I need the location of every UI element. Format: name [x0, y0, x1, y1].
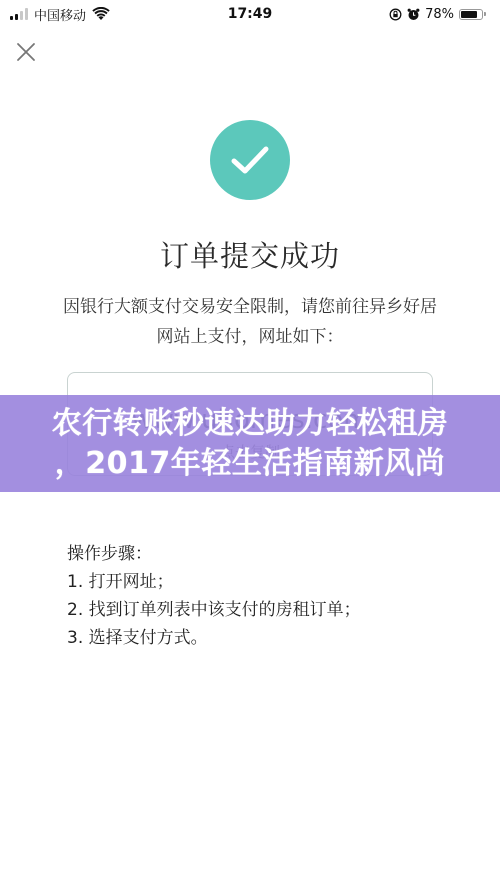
steps-section: 操作步骤： 1. 打开网址； 2. 找到订单列表中该支付的房租订单； 3. 选择…	[67, 540, 447, 652]
overlay-line-1: 农行转账秒速达助力轻松租房	[52, 404, 449, 444]
page-title: 订单提交成功	[0, 234, 500, 275]
steps-heading: 操作步骤：	[67, 540, 447, 568]
battery-icon	[459, 9, 486, 20]
alarm-icon	[407, 8, 420, 21]
success-description: 因银行大额支付交易安全限制，请您前往异乡好居网站上支付，网址如下：	[60, 292, 440, 352]
close-button[interactable]	[12, 38, 40, 66]
battery-percent: 78%	[425, 7, 454, 22]
close-icon	[16, 42, 36, 62]
checkmark-icon	[230, 144, 270, 176]
overlay-line-2: ，2017年轻生活指南新风尚	[55, 444, 446, 484]
status-right: 78%	[389, 7, 486, 22]
order-success-screen: 中国移动 17:49 78%	[0, 0, 500, 888]
step-item: 3. 选择支付方式。	[67, 624, 447, 652]
signal-icon	[10, 8, 28, 20]
status-bar: 中国移动 17:49 78%	[0, 0, 500, 28]
carrier-name: 中国移动	[34, 5, 86, 24]
status-left: 中国移动	[10, 5, 110, 24]
step-item: 1. 打开网址；	[67, 568, 447, 596]
check-circle-icon	[210, 120, 290, 200]
rotation-lock-icon	[389, 8, 402, 21]
wifi-icon	[92, 7, 110, 21]
step-item: 2. 找到订单列表中该支付的房租订单；	[67, 596, 447, 624]
headline-overlay-banner: 农行转账秒速达助力轻松租房 ，2017年轻生活指南新风尚	[0, 395, 500, 492]
